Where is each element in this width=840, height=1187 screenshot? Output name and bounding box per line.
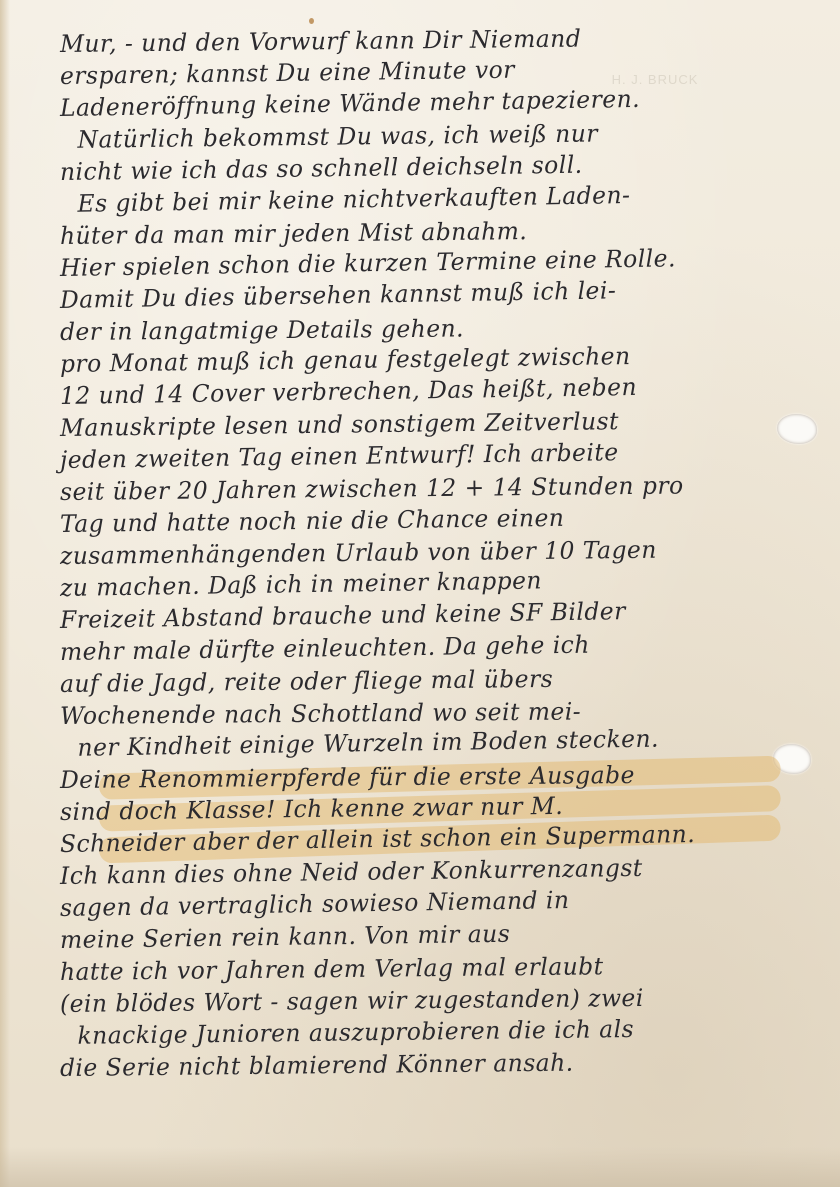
paper-edge-shadow [0,0,10,1187]
ink-stain [309,18,314,24]
text-line: die Serie nicht blamierend Könner ansah. [60,1044,801,1084]
letter-body: Mur, - und den Vorwurf kann Dir Niemande… [60,28,820,1084]
paper-bottom-crease [0,1147,840,1187]
